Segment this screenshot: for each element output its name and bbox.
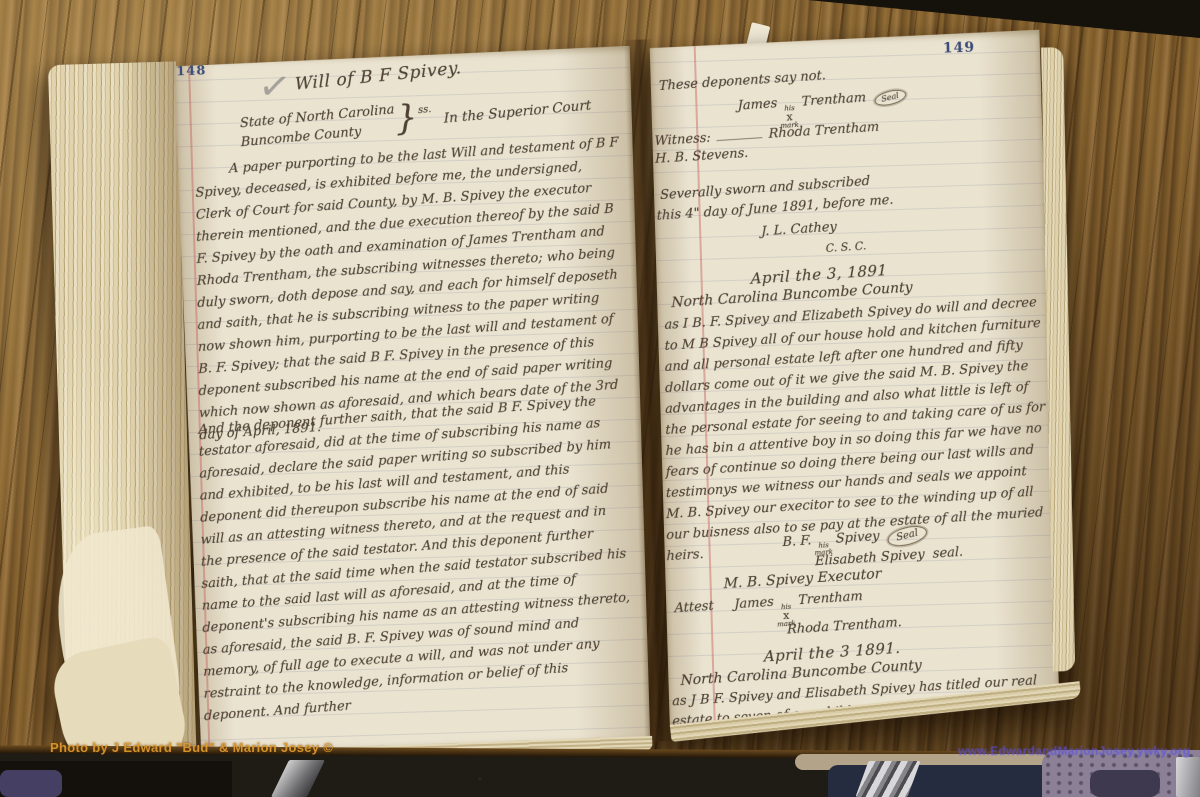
page-stack-left-edge	[48, 61, 196, 756]
signature-last-name: Trentham	[798, 589, 863, 608]
fabric-fold	[1090, 770, 1160, 797]
record-book: 148 ✓ Will of B F Spivey. State of North…	[48, 23, 1081, 769]
signature-first-name: James	[738, 96, 778, 114]
metal-chair-leg	[1176, 757, 1200, 797]
page-148: 148 ✓ Will of B F Spivey. State of North…	[174, 46, 650, 755]
attest-label: Attest	[674, 599, 713, 617]
signature-first-name: James	[734, 595, 774, 613]
metal-chair-leg	[271, 760, 325, 797]
seal-mark: Seal	[873, 87, 907, 108]
check-mark-icon: ✓	[256, 62, 294, 110]
witness-rhoda: Rhoda Trentham	[769, 120, 880, 142]
signature-first-name: B. F.	[782, 533, 811, 550]
witness-rule	[717, 128, 763, 141]
photo-credit-watermark: Photo by J Edward "Bud" & Marion Josey ©	[50, 740, 333, 755]
page-number: 148	[176, 63, 207, 79]
venue-brace: }	[395, 100, 418, 136]
venue-court: In the Superior Court	[443, 94, 591, 129]
signature-last-name: Spivey	[836, 529, 880, 547]
page-number: 149	[943, 40, 976, 57]
will-body-1: as I B. F. Spivey and Elizabeth Spivey d…	[664, 292, 1047, 568]
clerk-title: C. S. C.	[825, 235, 867, 259]
page-149: 149 These deponents say not. Jameshisxma…	[650, 30, 1060, 727]
photo-scene: 148 ✓ Will of B F Spivey. State of North…	[0, 0, 1200, 797]
entry-title: Will of B F Spivey.	[295, 57, 463, 96]
fabric-object	[0, 770, 62, 797]
seal-word: seal.	[933, 545, 964, 562]
url-watermark: www.EdwardandMarionJosey.ywky.org	[958, 744, 1190, 758]
venue-ss: ss.	[418, 99, 432, 122]
signature-last-name: Trentham	[802, 90, 867, 109]
probate-paragraph-2: And the deponent further saith, that the…	[198, 389, 633, 728]
background-floor	[0, 752, 1200, 797]
